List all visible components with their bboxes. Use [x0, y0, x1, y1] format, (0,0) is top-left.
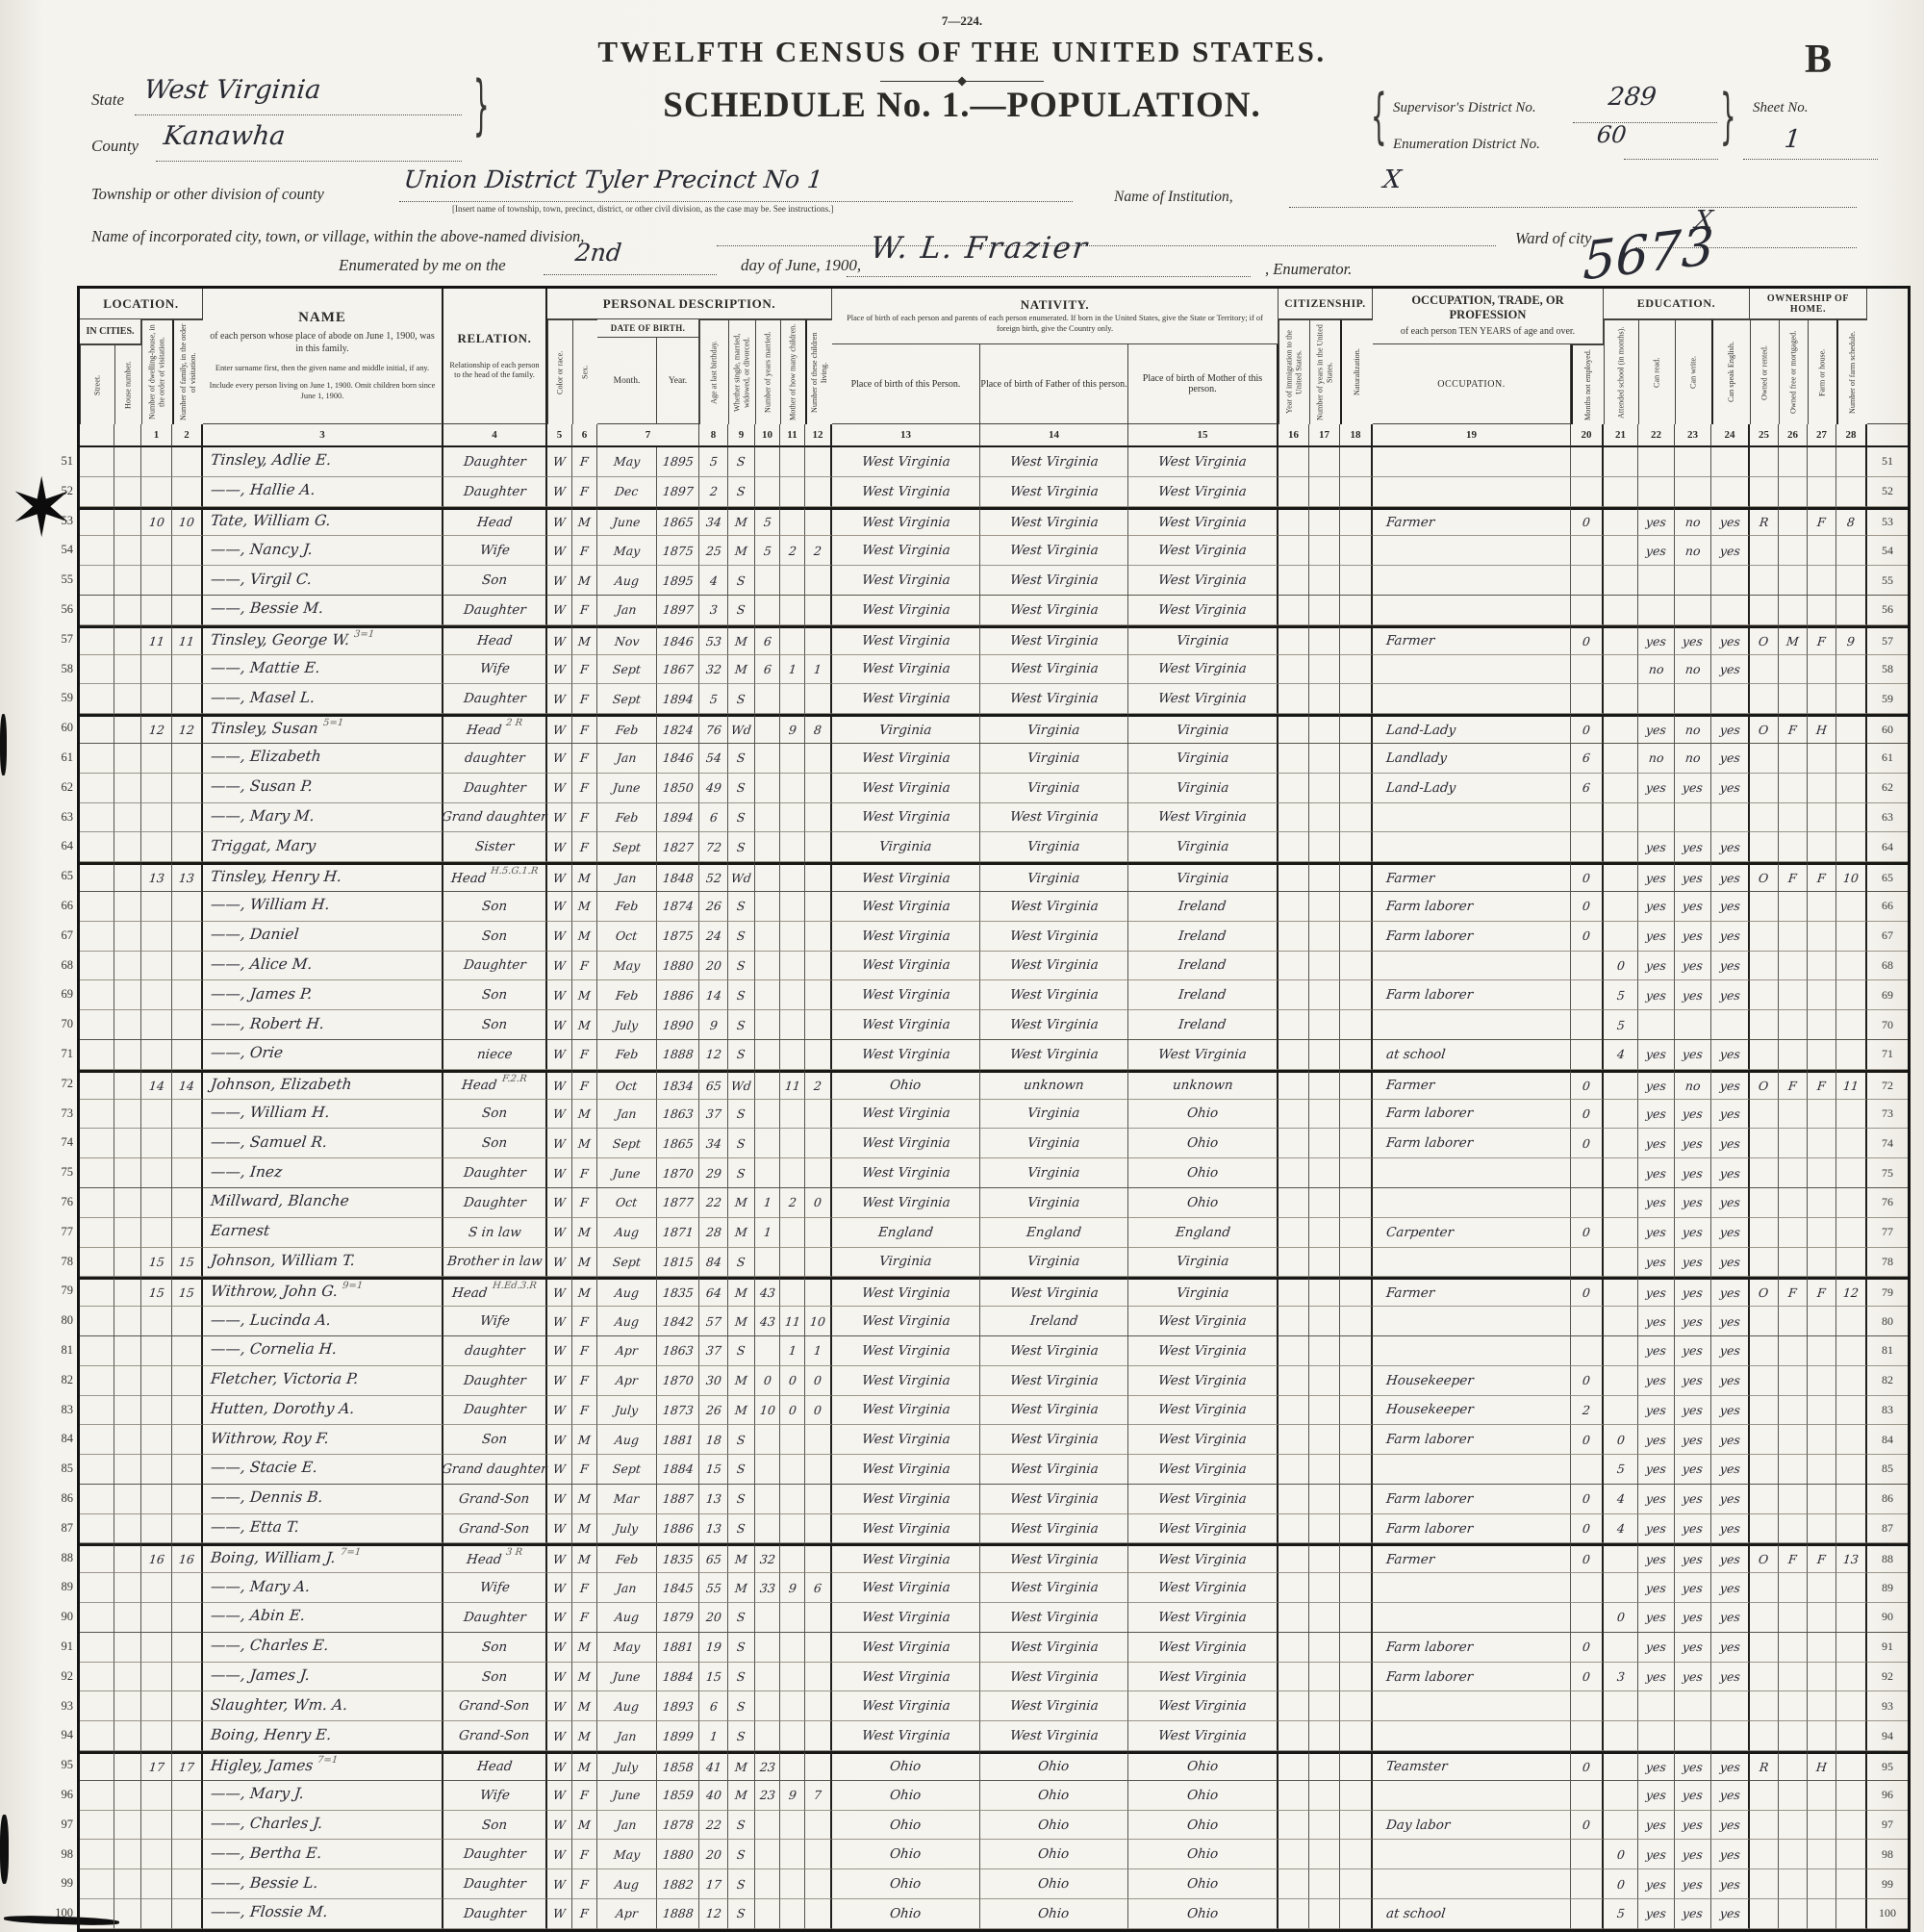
value-months_not_employed: 0 — [1582, 1491, 1591, 1506]
cell-color_race: W — [547, 922, 572, 952]
value-birth_year: 1865 — [662, 1136, 694, 1151]
col-years-in-us: Number of years in the United States. — [1309, 319, 1340, 424]
value-age: 76 — [705, 723, 721, 737]
cell-naturalization — [1340, 1336, 1373, 1366]
value-birthplace: West Virginia — [861, 1165, 950, 1181]
cell-immigration_year — [1278, 922, 1309, 952]
colnum-25: 25 — [1750, 424, 1779, 447]
value-marital_status: S — [736, 988, 746, 1003]
cell-mother_of_children — [780, 1543, 805, 1573]
cell-children_living — [805, 1514, 832, 1544]
value-months_not_employed: 0 — [1582, 1285, 1591, 1300]
value-can_write: yes — [1682, 1669, 1703, 1684]
value-can_read: yes — [1645, 723, 1666, 737]
value-relation: Daughter — [463, 1195, 526, 1210]
value-birthplace_father: unknown — [1023, 1078, 1084, 1093]
cell-owned_free_or_mortgaged — [1779, 1188, 1808, 1218]
cell-can_speak_english: yes — [1711, 1663, 1750, 1692]
cell-farm_or_house — [1808, 1840, 1836, 1869]
value-can_write: yes — [1682, 1462, 1703, 1476]
scan-smudge-1 — [0, 714, 7, 775]
cell-farm_schedule_no — [1836, 1573, 1867, 1603]
cell-street — [80, 862, 114, 892]
value-marital_status: S — [736, 1847, 746, 1862]
cell-birth_year: 1873 — [657, 1396, 699, 1426]
cell-dwelling_number — [141, 1366, 172, 1396]
value-birthplace: Ohio — [890, 1759, 923, 1774]
value-age: 37 — [705, 1106, 721, 1121]
value-birthplace_mother: West Virginia — [1157, 1343, 1247, 1359]
cell-can_read: yes — [1638, 625, 1675, 655]
cell-immigration_year — [1278, 1158, 1309, 1188]
row-number-left: 82 — [44, 1373, 73, 1387]
cell-children_living: 7 — [805, 1781, 832, 1811]
value-mother_of_children: 11 — [784, 1314, 800, 1329]
cell-birthplace: West Virginia — [832, 566, 980, 596]
cell-relation: Head — [443, 507, 547, 537]
cell-dwelling_number — [141, 1336, 172, 1366]
cell-name: Tinsley, Susan5=1 — [203, 714, 443, 744]
value-birth_month: Jan — [616, 1729, 637, 1743]
row-number-left: 71 — [44, 1047, 73, 1061]
cell-marital_status: M — [728, 1366, 755, 1396]
enumerated-pre: Enumerated by me on the — [339, 256, 506, 275]
value-sex: M — [577, 1760, 591, 1774]
cell-attended_school: 0 — [1604, 952, 1638, 981]
value-can_write: yes — [1682, 780, 1703, 795]
value-sex: F — [579, 1877, 589, 1892]
value-sex: F — [579, 1047, 589, 1061]
value-relation: Daughter — [463, 1610, 526, 1625]
value-can_write: yes — [1682, 1610, 1703, 1624]
cell-owned_free_or_mortgaged — [1779, 1514, 1808, 1544]
county-underline — [156, 160, 462, 162]
cell-owned_free_or_mortgaged: F — [1779, 714, 1808, 744]
value-can_speak_english: yes — [1719, 1552, 1740, 1566]
value-birth_month: Nov — [614, 634, 640, 648]
supervisor-value: 289 — [1607, 83, 1658, 112]
row-number-left: 59 — [44, 691, 73, 705]
value-birth_month: Feb — [615, 1552, 639, 1566]
value-can_speak_english: yes — [1719, 899, 1740, 913]
cell-occupation — [1373, 1691, 1571, 1721]
value-relation: Wife — [479, 1580, 511, 1595]
value-can_speak_english: yes — [1719, 1403, 1740, 1417]
value-birthplace_mother: Virginia — [1176, 871, 1229, 886]
cell-years_in_us — [1309, 980, 1340, 1010]
cell-birth_month: Jan — [597, 744, 657, 774]
cell-attended_school — [1604, 774, 1638, 803]
cell-dwelling_number — [141, 536, 172, 566]
cell-birthplace_father: England — [980, 1218, 1128, 1248]
value-dwelling_number: 17 — [148, 1760, 165, 1774]
cell-immigration_year — [1278, 1721, 1309, 1751]
value-can_read: no — [1648, 662, 1664, 676]
enumerated-post: , Enumerator. — [1265, 260, 1352, 279]
cell-color_race: W — [547, 1573, 572, 1603]
colnum-14: 14 — [980, 424, 1128, 447]
value-owned_or_rented: O — [1759, 723, 1770, 737]
value-owned_or_rented: O — [1759, 634, 1770, 648]
cell-relation: Wife — [443, 1781, 547, 1811]
cell-house_number — [114, 1010, 141, 1040]
cell-can_speak_english: yes — [1711, 655, 1750, 685]
cell-children_living — [805, 980, 832, 1010]
value-can_write: yes — [1682, 634, 1703, 648]
cell-birthplace: West Virginia — [832, 892, 980, 922]
value-can_write: yes — [1682, 1640, 1703, 1654]
value-birthplace_father: Virginia — [1027, 1165, 1081, 1181]
value-can_write: yes — [1682, 1877, 1703, 1892]
cell-naturalization — [1340, 1840, 1373, 1869]
cell-years_married: 6 — [755, 625, 780, 655]
cell-house_number — [114, 477, 141, 507]
cell-can_speak_english — [1711, 1010, 1750, 1040]
cell-owned_or_rented — [1750, 832, 1779, 862]
cell-relation: Daughter — [443, 1603, 547, 1633]
cell-name: Tinsley, Henry H. — [203, 862, 443, 892]
value-relation: Son — [481, 1017, 508, 1032]
cell-owned_free_or_mortgaged — [1779, 1307, 1808, 1336]
value-mother_of_children: 1 — [788, 1343, 797, 1358]
row-number-right: 92 — [1867, 1663, 1908, 1692]
cell-birth_year: 1846 — [657, 625, 699, 655]
value-birth_year: 1882 — [662, 1877, 694, 1892]
value-marital_status: S — [736, 1640, 746, 1654]
cell-age: 13 — [699, 1514, 728, 1544]
row-number-right: 75 — [1867, 1158, 1908, 1188]
value-months_not_employed: 0 — [1582, 899, 1591, 913]
colnum-21: 21 — [1604, 424, 1638, 447]
value-owned_or_rented: O — [1759, 1079, 1770, 1093]
cell-birthplace_father: Virginia — [980, 744, 1128, 774]
cell-age: 1 — [699, 1721, 728, 1751]
value-marital_status: M — [734, 1373, 747, 1387]
cell-mother_of_children — [780, 952, 805, 981]
cell-owned_or_rented — [1750, 1188, 1779, 1218]
cell-dwelling_number — [141, 1633, 172, 1663]
value-name: ——, James P. — [210, 985, 313, 1003]
cell-occupation: Teamster — [1373, 1751, 1571, 1781]
cell-sex: M — [572, 1485, 597, 1514]
cell-owned_free_or_mortgaged — [1779, 1040, 1808, 1070]
row-number-left: 93 — [44, 1699, 73, 1714]
col-group-location: LOCATION. — [80, 289, 203, 319]
cell-farm_schedule_no — [1836, 1840, 1867, 1869]
value-children_living: 1 — [813, 662, 823, 676]
cell-children_living — [805, 1485, 832, 1514]
cell-immigration_year — [1278, 1663, 1309, 1692]
cell-years_married — [755, 1158, 780, 1188]
cell-farm_schedule_no — [1836, 536, 1867, 566]
value-birthplace_mother: West Virginia — [1157, 1552, 1247, 1567]
cell-owned_or_rented: O — [1750, 714, 1779, 744]
value-age: 18 — [705, 1433, 721, 1447]
cell-house_number — [114, 980, 141, 1010]
cell-birthplace_mother: Ohio — [1128, 1129, 1278, 1158]
value-birth_year: 1884 — [662, 1462, 694, 1476]
cell-relation: HeadF.2.R — [443, 1070, 547, 1100]
value-birthplace_mother: Ohio — [1186, 1906, 1219, 1921]
cell-dwelling_number — [141, 655, 172, 685]
value-family_number: 13 — [178, 871, 194, 885]
value-can_read: no — [1648, 750, 1664, 765]
cell-years_in_us — [1309, 566, 1340, 596]
value-attended_school: 5 — [1616, 1462, 1626, 1476]
cell-mother_of_children — [780, 1514, 805, 1544]
cell-color_race: W — [547, 1366, 572, 1396]
cell-years_in_us — [1309, 744, 1340, 774]
value-relation: Head — [466, 723, 502, 738]
cell-farm_schedule_no — [1836, 1248, 1867, 1278]
cell-months_not_employed — [1571, 1248, 1604, 1278]
cell-immigration_year — [1278, 625, 1309, 655]
cell-can_write — [1675, 1721, 1711, 1751]
value-birth_month: Jan — [616, 1818, 637, 1832]
cell-birth_year: 1893 — [657, 1691, 699, 1721]
cell-name: ——, Mattie E. — [203, 655, 443, 685]
cell-birthplace: West Virginia — [832, 1663, 980, 1692]
cell-street — [80, 1188, 114, 1218]
value-sex: M — [577, 1491, 591, 1506]
cell-attended_school — [1604, 1573, 1638, 1603]
cell-marital_status: S — [728, 1603, 755, 1633]
cell-mother_of_children — [780, 566, 805, 596]
cell-house_number — [114, 1663, 141, 1692]
cell-can_read: yes — [1638, 1396, 1675, 1426]
value-can_read: yes — [1645, 1818, 1666, 1832]
cell-years_married — [755, 447, 780, 477]
cell-farm_schedule_no — [1836, 1218, 1867, 1248]
cell-birth_year: 1848 — [657, 862, 699, 892]
value-birthplace_mother: Ohio — [1186, 1876, 1219, 1892]
cell-house_number — [114, 566, 141, 596]
cell-family_number: 14 — [172, 1070, 203, 1100]
cell-birth_month: Feb — [597, 1040, 657, 1070]
cell-color_race: W — [547, 1691, 572, 1721]
cell-can_speak_english: yes — [1711, 1307, 1750, 1336]
cell-can_read: yes — [1638, 1158, 1675, 1188]
enumeration-underline — [1624, 158, 1718, 160]
value-attended_school: 5 — [1616, 988, 1626, 1003]
cell-age: 29 — [699, 1158, 728, 1188]
cell-color_race: W — [547, 566, 572, 596]
row-number-left: 75 — [44, 1165, 73, 1180]
cell-can_speak_english: yes — [1711, 980, 1750, 1010]
value-name: ——, William H. — [210, 1104, 331, 1121]
cell-name: ——, Stacie E. — [203, 1455, 443, 1485]
value-can_read: yes — [1645, 1047, 1666, 1061]
cell-mother_of_children: 2 — [780, 1188, 805, 1218]
cell-owned_free_or_mortgaged — [1779, 1899, 1808, 1929]
value-sex: M — [577, 1669, 591, 1684]
cell-months_not_employed: 0 — [1571, 1277, 1604, 1307]
cell-birthplace_father: West Virginia — [980, 1277, 1128, 1307]
cell-birth_year: 1845 — [657, 1573, 699, 1603]
value-farm_or_house: F — [1816, 1552, 1826, 1566]
value-color_race: W — [552, 1552, 566, 1566]
cell-naturalization — [1340, 714, 1373, 744]
value-owned_free_or_mortgaged: F — [1787, 1079, 1797, 1093]
cell-birthplace_mother: West Virginia — [1128, 1514, 1278, 1544]
cell-marital_status: S — [728, 1336, 755, 1366]
cell-immigration_year — [1278, 1277, 1309, 1307]
value-birth_year: 1886 — [662, 988, 694, 1003]
cell-birth_month: Feb — [597, 1543, 657, 1573]
cell-family_number — [172, 447, 203, 477]
cell-years_in_us — [1309, 862, 1340, 892]
cell-immigration_year — [1278, 862, 1309, 892]
cell-dwelling_number — [141, 1485, 172, 1514]
cell-years_married — [755, 1010, 780, 1040]
cell-birth_month: June — [597, 1663, 657, 1692]
cell-relation: Grand-Son — [443, 1691, 547, 1721]
cell-relation: Son — [443, 1811, 547, 1841]
value-mother_of_children: 9 — [788, 1581, 797, 1595]
row-number-right: 60 — [1867, 714, 1908, 744]
col-birthplace: Place of birth of this Person. — [832, 344, 980, 424]
value-birthplace: West Virginia — [861, 1669, 950, 1685]
value-name: Earnest — [210, 1222, 270, 1239]
value-age: 54 — [705, 750, 721, 765]
cell-birth_month: Jan — [597, 1721, 657, 1751]
value-sex: M — [577, 1699, 591, 1714]
value-relation: Grand daughter — [441, 1462, 547, 1477]
cell-birthplace_mother: Ohio — [1128, 1840, 1278, 1869]
cell-birthplace_mother: West Virginia — [1128, 1691, 1278, 1721]
colnum-26: 26 — [1779, 424, 1808, 447]
cell-dwelling_number — [141, 952, 172, 981]
value-marital_status: S — [736, 1521, 746, 1536]
cell-mother_of_children — [780, 1455, 805, 1485]
value-color_race: W — [552, 750, 566, 765]
cell-family_number — [172, 1040, 203, 1070]
value-birthplace_mother: West Virginia — [1157, 1640, 1247, 1655]
cell-sex: F — [572, 684, 597, 714]
value-name: ——, Elizabeth — [210, 748, 322, 765]
cell-can_read: yes — [1638, 1514, 1675, 1544]
cell-name: Johnson, William T. — [203, 1248, 443, 1278]
cell-name: ——, Mary M. — [203, 803, 443, 833]
value-occupation: Farm laborer — [1385, 1135, 1474, 1151]
col-immigration-year: Year of immigration to the United States… — [1278, 319, 1309, 424]
value-birth_month: May — [613, 1847, 641, 1862]
cell-house_number — [114, 1396, 141, 1426]
cell-immigration_year — [1278, 477, 1309, 507]
value-birth_month: Feb — [615, 899, 639, 913]
cell-mother_of_children — [780, 1603, 805, 1633]
table-body: Tinsley, Adlie E.DaughterWFMay18955SWest… — [80, 447, 1908, 1929]
cell-can_read: yes — [1638, 714, 1675, 744]
cell-age: 26 — [699, 892, 728, 922]
institution-value: X — [1381, 165, 1403, 194]
row-number-left: 86 — [44, 1491, 73, 1506]
cell-can_write: yes — [1675, 1899, 1711, 1929]
cell-marital_status: S — [728, 922, 755, 952]
cell-farm_or_house: F — [1808, 1543, 1836, 1573]
value-can_speak_english: yes — [1719, 1521, 1740, 1536]
cell-birth_month: Nov — [597, 625, 657, 655]
cell-sex: M — [572, 922, 597, 952]
cell-birthplace_mother: Virginia — [1128, 714, 1278, 744]
cell-occupation: Farmer — [1373, 625, 1571, 655]
cell-color_race: W — [547, 1543, 572, 1573]
cell-years_married: 23 — [755, 1751, 780, 1781]
value-can_speak_english: yes — [1719, 634, 1740, 648]
cell-street — [80, 1691, 114, 1721]
value-can_speak_english: yes — [1719, 1166, 1740, 1181]
cell-can_read: yes — [1638, 980, 1675, 1010]
cell-birthplace: West Virginia — [832, 1158, 980, 1188]
value-birthplace: West Virginia — [861, 1343, 950, 1359]
cell-house_number — [114, 447, 141, 477]
cell-attended_school: 0 — [1604, 1425, 1638, 1455]
row-number-right: 70 — [1867, 1010, 1908, 1040]
cell-farm_schedule_no — [1836, 1336, 1867, 1366]
value-name: Triggat, Mary — [210, 837, 316, 854]
value-name: ——, Orie — [210, 1044, 284, 1061]
cell-can_speak_english: yes — [1711, 1840, 1750, 1869]
row-number-left: 90 — [44, 1610, 73, 1624]
value-can_read: yes — [1645, 1106, 1666, 1121]
row-number-right: 80 — [1867, 1307, 1908, 1336]
value-birth_year: 1887 — [662, 1491, 694, 1506]
value-birthplace_mother: Ireland — [1177, 957, 1227, 973]
colnum-24: 24 — [1711, 424, 1750, 447]
value-birth_month: Feb — [615, 723, 639, 737]
cell-mother_of_children — [780, 1100, 805, 1130]
state-underline — [135, 114, 462, 115]
value-age: 20 — [705, 1610, 721, 1624]
value-occupation: Farm laborer — [1385, 1521, 1474, 1537]
value-birthplace: West Virginia — [861, 572, 950, 588]
row-number-left: 74 — [44, 1135, 73, 1150]
value-birth_year: 1895 — [662, 454, 694, 469]
value-birthplace_mother: Virginia — [1176, 633, 1229, 648]
cell-house_number — [114, 892, 141, 922]
cell-dwelling_number — [141, 774, 172, 803]
value-color_race: W — [552, 1255, 566, 1269]
cell-naturalization — [1340, 1663, 1373, 1692]
value-birthplace_father: Virginia — [1027, 871, 1081, 886]
value-birth_month: Sept — [612, 840, 642, 854]
value-can_write: yes — [1682, 1255, 1703, 1269]
cell-dwelling_number: 17 — [141, 1751, 172, 1781]
cell-marital_status: S — [728, 803, 755, 833]
cell-years_married — [755, 1040, 780, 1070]
value-birth_month: Apr — [615, 1906, 639, 1920]
cell-immigration_year — [1278, 1336, 1309, 1366]
township-value: Union District Tyler Precinct No 1 — [402, 165, 823, 193]
cell-birth_year: 1834 — [657, 1070, 699, 1100]
cell-name: ——, Orie — [203, 1040, 443, 1070]
cell-name: ——, Bertha E. — [203, 1840, 443, 1869]
cell-relation: Head — [443, 1751, 547, 1781]
cell-birthplace: West Virginia — [832, 952, 980, 981]
cell-years_married — [755, 1455, 780, 1485]
value-birthplace_mother: West Virginia — [1157, 1462, 1247, 1477]
cell-birthplace_father: Virginia — [980, 714, 1128, 744]
cell-attended_school — [1604, 714, 1638, 744]
cell-family_number: 12 — [172, 714, 203, 744]
value-can_read: yes — [1645, 1847, 1666, 1862]
cell-birth_year: 1870 — [657, 1366, 699, 1396]
city-underline — [717, 244, 1496, 246]
value-relation: Wife — [479, 543, 511, 558]
value-birthplace: West Virginia — [861, 928, 950, 944]
cell-house_number — [114, 1218, 141, 1248]
value-marital_status: Wd — [730, 1079, 751, 1093]
